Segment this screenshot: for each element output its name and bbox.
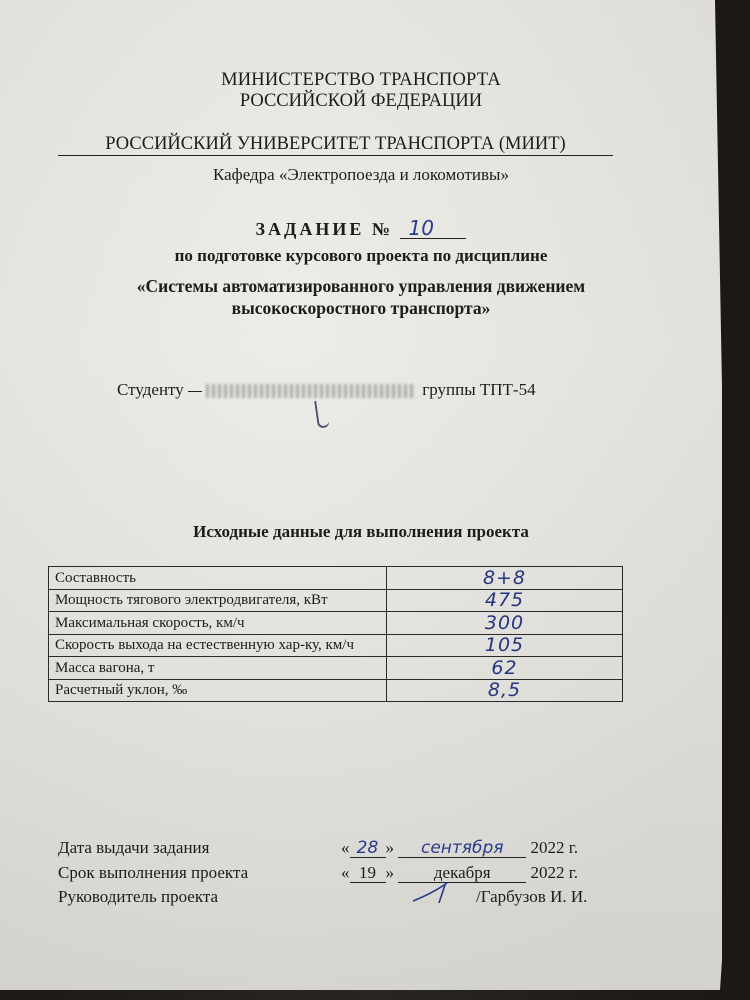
row-label: Мощность тягового электродвигателя, кВт	[49, 589, 387, 612]
row-value: 8+8	[387, 567, 623, 590]
dates-block: Дата выдачи задания «28» сентября 2022 г…	[58, 838, 618, 912]
row-value: 105	[387, 634, 623, 657]
row-label: Масса вагона, т	[49, 657, 387, 680]
pencil-mark	[314, 399, 330, 428]
issue-year: 2022 г.	[531, 838, 579, 857]
table-row: Максимальная скорость, км/ч 300	[49, 612, 623, 635]
deadline-year: 2022 г.	[531, 863, 579, 882]
student-label: Студенту	[117, 380, 184, 399]
department-name: Кафедра «Электропоезда и локомотивы»	[0, 165, 722, 185]
row-value: 300	[387, 612, 623, 635]
university-name: РОССИЙСКИЙ УНИВЕРСИТЕТ ТРАНСПОРТА (МИИТ)	[58, 133, 613, 156]
deadline-day: 19	[350, 864, 386, 883]
ministry-line-2: РОССИЙСКОЙ ФЕДЕРАЦИИ	[0, 91, 722, 112]
issue-date-label: Дата выдачи задания	[58, 838, 209, 858]
student-name-redacted	[206, 384, 416, 398]
quote-open: «	[341, 863, 350, 882]
quote-open: «	[341, 838, 350, 857]
signature-mark	[403, 881, 463, 903]
deadline-month: декабря	[398, 864, 526, 883]
table-row: Масса вагона, т 62	[49, 657, 623, 680]
row-value: 475	[387, 589, 623, 612]
issue-date-row: Дата выдачи задания «28» сентября 2022 г…	[58, 838, 618, 863]
deadline-row: Срок выполнения проекта «19» декабря 202…	[58, 863, 618, 888]
row-label: Скорость выхода на естественную хар-ку, …	[49, 634, 387, 657]
student-group: группы ТПТ-54	[422, 380, 535, 399]
table-row: Составность 8+8	[49, 567, 623, 590]
initial-data-title: Исходные данные для выполнения проекта	[0, 522, 722, 542]
row-label: Расчетный уклон, ‰	[49, 679, 387, 702]
discipline-line-2: высокоскоростного транспорта»	[0, 298, 722, 319]
document-page: МИНИСТЕРСТВО ТРАНСПОРТА РОССИЙСКОЙ ФЕДЕР…	[0, 0, 722, 990]
row-value: 8,5	[387, 679, 623, 702]
table-row: Расчетный уклон, ‰ 8,5	[49, 679, 623, 702]
assignment-title: ЗАДАНИЕ № 10	[0, 218, 722, 240]
issue-date-value: «28» сентября 2022 г.	[341, 838, 578, 858]
issue-month: сентября	[398, 839, 526, 858]
ministry-line-1: МИНИСТЕРСТВО ТРАНСПОРТА	[0, 70, 722, 91]
supervisor-name: /Гарбузов И. И.	[476, 887, 587, 907]
assignment-title-text: ЗАДАНИЕ №	[256, 219, 393, 239]
issue-day: 28	[350, 839, 386, 858]
deadline-value: «19» декабря 2022 г.	[341, 863, 578, 883]
row-label: Составность	[49, 567, 387, 590]
table-row: Скорость выхода на естественную хар-ку, …	[49, 634, 623, 657]
quote-close: »	[386, 863, 395, 882]
quote-close: »	[386, 838, 395, 857]
assignment-subtitle: по подготовке курсового проекта по дисци…	[0, 246, 722, 266]
assignment-number: 10	[400, 218, 466, 239]
supervisor-row: Руководитель проекта /Гарбузов И. И.	[58, 887, 618, 912]
initial-data-table: Составность 8+8 Мощность тягового электр…	[48, 566, 623, 702]
row-label: Максимальная скорость, км/ч	[49, 612, 387, 635]
row-value: 62	[387, 657, 623, 680]
table-row: Мощность тягового электродвигателя, кВт …	[49, 589, 623, 612]
supervisor-label: Руководитель проекта	[58, 887, 218, 907]
student-name-underline	[188, 391, 202, 392]
discipline-line-1: «Системы автоматизированного управления …	[0, 276, 722, 297]
deadline-label: Срок выполнения проекта	[58, 863, 248, 883]
student-line: Студенту группы ТПТ-54	[117, 380, 536, 400]
